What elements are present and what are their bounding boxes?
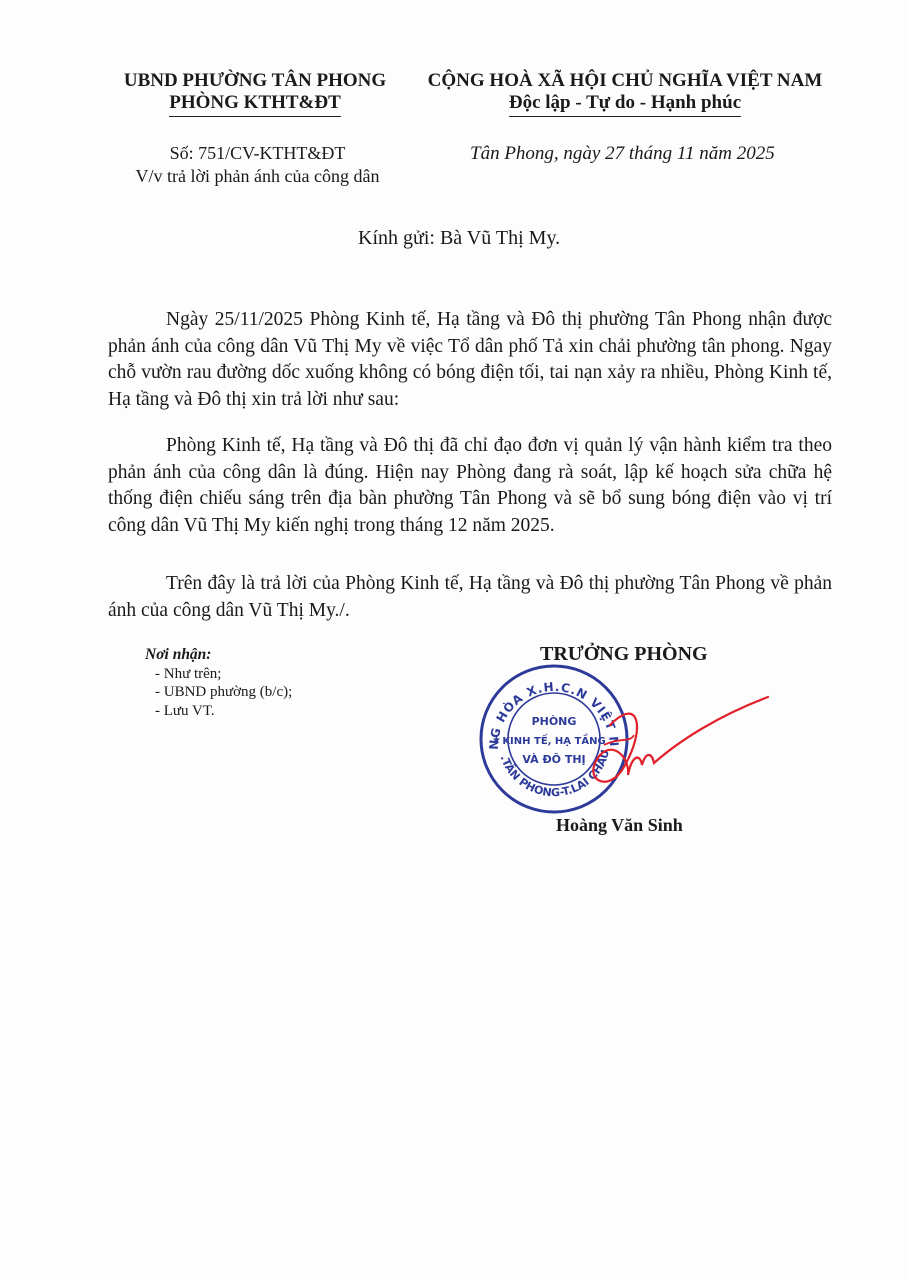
recipients-block: Nơi nhận: - Như trên; - UBND phường (b/c… bbox=[145, 646, 292, 720]
body-paragraph-2: Phòng Kinh tế, Hạ tầng và Đô thị đã chỉ … bbox=[108, 433, 832, 539]
national-motto: Độc lập - Tự do - Hạnh phúc bbox=[509, 92, 741, 114]
document-page: UBND PHƯỜNG TÂN PHONG PHÒNG KTHT&ĐT CỘNG… bbox=[0, 0, 906, 1280]
recipient-item: - UBND phường (b/c); bbox=[145, 683, 292, 702]
recipient-item: - Như trên; bbox=[145, 665, 292, 684]
recipients-title: Nơi nhận: bbox=[145, 646, 292, 665]
body-paragraph-3: Trên đây là trả lời của Phòng Kinh tế, H… bbox=[108, 571, 832, 624]
paragraph-text: Phòng Kinh tế, Hạ tầng và Đô thị đã chỉ … bbox=[108, 433, 832, 539]
national-header: CỘNG HOÀ XÃ HỘI CHỦ NGHĨA VIỆT NAM Độc l… bbox=[405, 70, 845, 114]
issuing-agency: UBND PHƯỜNG TÂN PHONG PHÒNG KTHT&ĐT bbox=[105, 70, 405, 114]
national-title: CỘNG HOÀ XÃ HỘI CHỦ NGHĨA VIỆT NAM bbox=[405, 70, 845, 92]
handwritten-signature-icon bbox=[570, 685, 770, 805]
body-paragraph-1: Ngày 25/11/2025 Phòng Kinh tế, Hạ tầng v… bbox=[108, 307, 832, 413]
paragraph-text: Ngày 25/11/2025 Phòng Kinh tế, Hạ tầng v… bbox=[108, 307, 832, 413]
doc-reference: Số: 751/CV-KTHT&ĐT V/v trả lời phản ánh … bbox=[105, 142, 410, 188]
signer-name: Hoàng Văn Sinh bbox=[556, 815, 683, 836]
place-date: Tân Phong, ngày 27 tháng 11 năm 2025 bbox=[470, 143, 775, 165]
paragraph-text: Trên đây là trả lời của Phòng Kinh tế, H… bbox=[108, 571, 832, 624]
greeting: Kính gửi: Bà Vũ Thị My. bbox=[358, 227, 560, 250]
doc-number: Số: 751/CV-KTHT&ĐT bbox=[105, 142, 410, 165]
agency-line-2: PHÒNG KTHT&ĐT bbox=[169, 92, 341, 114]
recipient-item: - Lưu VT. bbox=[145, 702, 292, 721]
agency-line-1: UBND PHƯỜNG TÂN PHONG bbox=[105, 70, 405, 92]
svg-text:★: ★ bbox=[492, 735, 501, 746]
doc-subject: V/v trả lời phản ánh của công dân bbox=[105, 165, 410, 188]
